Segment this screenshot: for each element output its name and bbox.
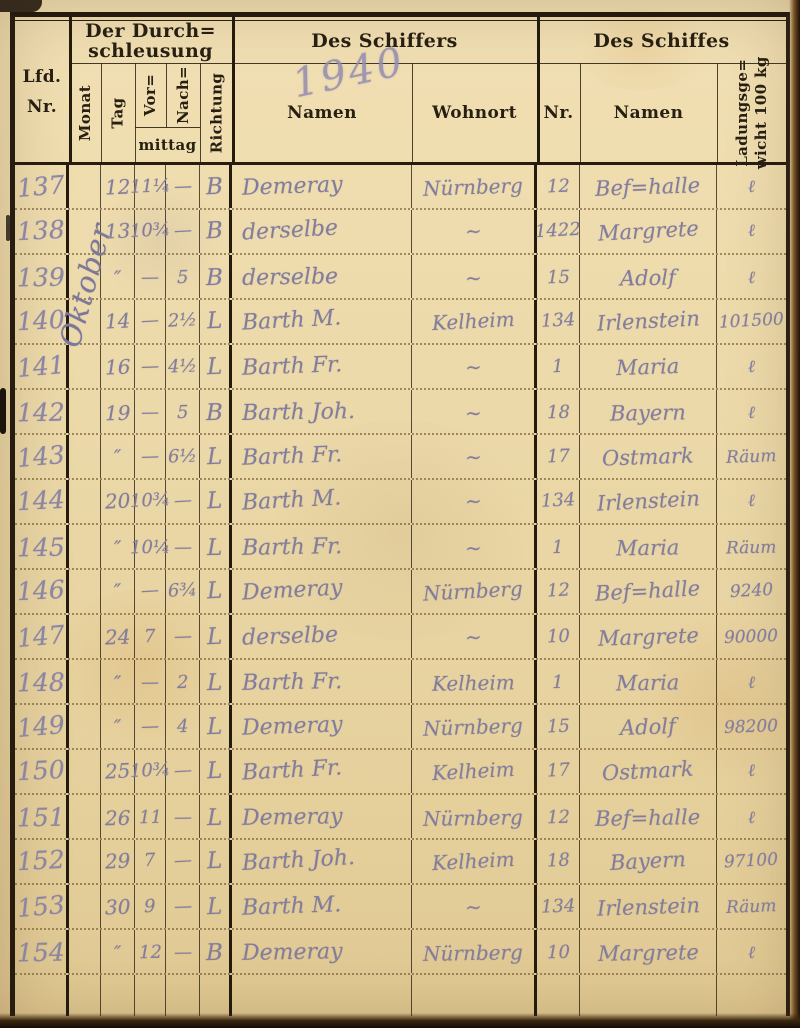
table-row: 151 26 11 — L Demeray Nürnberg 12 Bef=ha… bbox=[15, 795, 786, 840]
cell-schiff-nr: 15 bbox=[537, 255, 580, 298]
cell-vormittag: — bbox=[135, 390, 166, 433]
cell-ladung: ℓ bbox=[717, 255, 786, 298]
cell-ladung: ℓ bbox=[717, 210, 786, 253]
cell-ladung: ℓ bbox=[717, 795, 786, 838]
cell-nachmittag: — bbox=[166, 615, 200, 658]
cell-schiff-nr: 17 bbox=[537, 750, 580, 793]
page-edge-mark bbox=[0, 388, 6, 434]
table-row: 137 12 11¼ — B Demeray Nürnberg 12 Bef=h… bbox=[15, 165, 786, 210]
cell-schiff-name: Bef=halle bbox=[580, 165, 717, 208]
cell-ladung: ℓ bbox=[717, 480, 786, 523]
table-row: 150 25 10¾ — L Barth Fr. Kelheim 17 Ostm… bbox=[15, 750, 786, 795]
cell-tag: ″ bbox=[101, 570, 135, 613]
cell-schiffer-name: Barth Fr. bbox=[232, 660, 412, 703]
cell-wohnort: Kelheim bbox=[412, 840, 537, 883]
cell-richtung: B bbox=[200, 255, 232, 298]
cell-lfd-nr: 154 bbox=[15, 930, 69, 973]
cell-schiff-nr: 12 bbox=[537, 165, 580, 208]
group-header-schiffes: Des Schiffes bbox=[537, 25, 786, 57]
page-edge-bottom bbox=[0, 1013, 800, 1028]
cell-schiffer-name: Barth Joh. bbox=[232, 840, 412, 883]
cell-tag: ″ bbox=[101, 660, 135, 703]
cell-lfd-nr: 151 bbox=[15, 795, 69, 838]
cell-vormittag: 9 bbox=[135, 885, 166, 928]
cell-nachmittag: — bbox=[166, 750, 200, 793]
cell-schiff-nr: 134 bbox=[537, 300, 580, 343]
cell-ladung: Räum bbox=[717, 525, 786, 568]
cell-monat bbox=[69, 570, 101, 613]
table-row: 142 19 — 5 B Barth Joh. ~ 18 Bayern ℓ bbox=[15, 390, 786, 435]
cell-ladung: Räum bbox=[717, 885, 786, 928]
cell-nachmittag: — bbox=[166, 885, 200, 928]
cell-monat bbox=[69, 885, 101, 928]
cell-wohnort: Nürnberg bbox=[412, 570, 537, 613]
cell-schiff-nr: 134 bbox=[537, 885, 580, 928]
cell-schiff-name: Ostmark bbox=[580, 750, 717, 793]
column-header-ladungsgewicht: Ladungsge= wicht 100 kg bbox=[717, 63, 786, 162]
cell-ladung bbox=[717, 975, 786, 1016]
cell-tag bbox=[101, 975, 135, 1016]
cell-wohnort: Kelheim bbox=[412, 750, 537, 793]
cell-schiff-nr: 18 bbox=[537, 390, 580, 433]
cell-ladung: ℓ bbox=[717, 930, 786, 973]
cell-tag: 29 bbox=[101, 840, 135, 883]
column-header-mittag: mittag bbox=[135, 127, 200, 162]
cell-lfd-nr: 148 bbox=[15, 660, 69, 703]
cell-vormittag: 7 bbox=[135, 840, 166, 883]
table-row: 147 24 7 — L derselbe ~ 10 Margrete 9000… bbox=[15, 615, 786, 660]
cell-monat bbox=[69, 615, 101, 658]
cell-richtung: L bbox=[200, 750, 232, 793]
cell-monat bbox=[69, 795, 101, 838]
cell-schiff-nr: 1 bbox=[537, 345, 580, 388]
cell-tag: 30 bbox=[101, 885, 135, 928]
cell-richtung: L bbox=[200, 615, 232, 658]
cell-vormittag: 11 bbox=[135, 795, 166, 838]
cell-nachmittag: 2 bbox=[166, 660, 200, 703]
table-row: 139 ″ — 5 B derselbe ~ 15 Adolf ℓ bbox=[15, 255, 786, 300]
cell-schiff-nr: 12 bbox=[537, 795, 580, 838]
cell-lfd-nr: 146 bbox=[15, 570, 69, 613]
label-lfd: Lfd. bbox=[23, 67, 62, 87]
cell-vormittag: 7 bbox=[135, 615, 166, 658]
cell-nachmittag: — bbox=[166, 165, 200, 208]
cell-vormittag: — bbox=[135, 345, 166, 388]
cell-schiff-nr: 18 bbox=[537, 840, 580, 883]
cell-ladung: ℓ bbox=[717, 750, 786, 793]
cell-schiff-name: Irlenstein bbox=[580, 300, 717, 343]
cell-schiff-nr: 134 bbox=[537, 480, 580, 523]
cell-vormittag bbox=[135, 975, 166, 1016]
column-header-monat: Monat bbox=[69, 63, 101, 162]
cell-wohnort: ~ bbox=[412, 480, 537, 523]
cell-schiffer-name: Barth Fr. bbox=[232, 345, 412, 388]
cell-vormittag: — bbox=[135, 705, 166, 748]
cell-ladung: ℓ bbox=[717, 390, 786, 433]
cell-richtung: L bbox=[200, 660, 232, 703]
cell-richtung: L bbox=[200, 795, 232, 838]
column-header-schiff-namen: Namen bbox=[580, 63, 717, 162]
cell-richtung: B bbox=[200, 930, 232, 973]
cell-ladung: Räum bbox=[717, 435, 786, 478]
table-row: 140 14 — 2½ L Barth M. Kelheim 134 Irlen… bbox=[15, 300, 786, 345]
cell-richtung: L bbox=[200, 885, 232, 928]
page-edge-mark bbox=[6, 215, 10, 241]
cell-richtung: L bbox=[200, 570, 232, 613]
cell-vormittag: — bbox=[135, 435, 166, 478]
cell-schiff-name: Margrete bbox=[580, 210, 717, 253]
label-nr: Nr. bbox=[27, 97, 57, 117]
cell-richtung: L bbox=[200, 705, 232, 748]
table-row: 153 30 9 — L Barth M. ~ 134 Irlenstein R… bbox=[15, 885, 786, 930]
scanned-lock-register-page: Lfd. Nr. Der Durch= schleusung Monat Tag… bbox=[0, 0, 800, 1028]
table-row: 144 20 10¾ — L Barth M. ~ 134 Irlenstein… bbox=[15, 480, 786, 525]
cell-schiff-nr: 12 bbox=[537, 570, 580, 613]
table-row: 138 13 10¾ — B derselbe ~ 1422 Margrete … bbox=[15, 210, 786, 255]
cell-schiffer-name: Demeray bbox=[232, 705, 412, 748]
column-header-schiff-nr: Nr. bbox=[537, 63, 580, 162]
cell-schiff-name: Adolf bbox=[580, 705, 717, 748]
cell-richtung: L bbox=[200, 525, 232, 568]
cell-vormittag: 10¼ bbox=[135, 525, 166, 568]
cell-nachmittag: — bbox=[166, 795, 200, 838]
register-table: Lfd. Nr. Der Durch= schleusung Monat Tag… bbox=[10, 12, 790, 1016]
column-header-vormittag: Vor= bbox=[135, 63, 166, 127]
cell-nachmittag: 6½ bbox=[166, 435, 200, 478]
cell-schiff-name: Bayern bbox=[580, 390, 717, 433]
cell-ladung: 90000 bbox=[717, 615, 786, 658]
cell-vormittag: 10¾ bbox=[135, 210, 166, 253]
cell-schiffer-name: Demeray bbox=[232, 570, 412, 613]
cell-wohnort: ~ bbox=[412, 255, 537, 298]
cell-schiffer-name: Barth Joh. bbox=[232, 390, 412, 433]
cell-wohnort: Nürnberg bbox=[412, 930, 537, 973]
group-header-durchschleusung: Der Durch= schleusung bbox=[69, 19, 232, 63]
cell-vormittag: 10¾ bbox=[135, 750, 166, 793]
cell-wohnort: ~ bbox=[412, 390, 537, 433]
cell-schiffer-name: derselbe bbox=[232, 615, 412, 658]
cell-wohnort: Nürnberg bbox=[412, 795, 537, 838]
cell-schiff-nr: 15 bbox=[537, 705, 580, 748]
cell-richtung: L bbox=[200, 300, 232, 343]
cell-schiff-name: Bef=halle bbox=[580, 795, 717, 838]
table-row: 146 ″ — 6¾ L Demeray Nürnberg 12 Bef=hal… bbox=[15, 570, 786, 615]
cell-schiffer-name: Barth Fr. bbox=[232, 750, 412, 793]
cell-schiffer-name: Demeray bbox=[232, 795, 412, 838]
table-row: 154 ″ 12 — B Demeray Nürnberg 10 Margret… bbox=[15, 930, 786, 975]
cell-wohnort: ~ bbox=[412, 525, 537, 568]
cell-vormittag: 10¾ bbox=[135, 480, 166, 523]
cell-nachmittag: — bbox=[166, 840, 200, 883]
cell-monat bbox=[69, 930, 101, 973]
column-header-richtung: Richtung bbox=[200, 63, 232, 162]
cell-schiff-name: Ostmark bbox=[580, 435, 717, 478]
cell-schiff-nr: 10 bbox=[537, 930, 580, 973]
cell-vormittag: — bbox=[135, 660, 166, 703]
cell-schiff-name: Bef=halle bbox=[580, 570, 717, 613]
cell-schiff-name: Margrete bbox=[580, 930, 717, 973]
cell-schiffer-name: derselbe bbox=[232, 210, 412, 253]
cell-vormittag: 12 bbox=[135, 930, 166, 973]
cell-wohnort: ~ bbox=[412, 885, 537, 928]
table-row: 141 16 — 4½ L Barth Fr. ~ 1 Maria ℓ bbox=[15, 345, 786, 390]
cell-schiff-name: Margrete bbox=[580, 615, 717, 658]
cell-lfd-nr: 149 bbox=[15, 705, 69, 748]
cell-schiff-name: Bayern bbox=[580, 840, 717, 883]
column-header-nachmittag: Nach= bbox=[166, 63, 200, 127]
cell-lfd-nr: 147 bbox=[15, 615, 69, 658]
cell-monat bbox=[69, 975, 101, 1016]
cell-richtung: L bbox=[200, 840, 232, 883]
cell-nachmittag: — bbox=[166, 210, 200, 253]
cell-lfd-nr: 143 bbox=[15, 435, 69, 478]
table-body: 137 12 11¼ — B Demeray Nürnberg 12 Bef=h… bbox=[15, 165, 786, 1016]
cell-schiffer-name: Demeray bbox=[232, 165, 412, 208]
cell-nachmittag: — bbox=[166, 525, 200, 568]
cell-wohnort: ~ bbox=[412, 345, 537, 388]
cell-lfd-nr: 150 bbox=[15, 750, 69, 793]
table-row: 143 ″ — 6½ L Barth Fr. ~ 17 Ostmark Räum bbox=[15, 435, 786, 480]
cell-schiff-nr: 17 bbox=[537, 435, 580, 478]
handwritten-month: Oktober bbox=[48, 172, 124, 398]
cell-ladung: ℓ bbox=[717, 345, 786, 388]
cell-ladung: ℓ bbox=[717, 660, 786, 703]
cell-tag: ″ bbox=[101, 930, 135, 973]
cell-richtung: L bbox=[200, 345, 232, 388]
cell-monat bbox=[69, 705, 101, 748]
cell-ladung: 98200 bbox=[717, 705, 786, 748]
cell-vormittag: — bbox=[135, 570, 166, 613]
cell-schiffer-name: Barth M. bbox=[232, 300, 412, 343]
cell-ladung: ℓ bbox=[717, 165, 786, 208]
cell-tag: ″ bbox=[101, 705, 135, 748]
cell-schiffer-name bbox=[232, 975, 412, 1016]
cell-vormittag: — bbox=[135, 300, 166, 343]
cell-nachmittag: 4 bbox=[166, 705, 200, 748]
group-title-line2: schleusung bbox=[88, 40, 213, 62]
cell-wohnort: ~ bbox=[412, 435, 537, 478]
cell-wohnort: ~ bbox=[412, 210, 537, 253]
cell-tag: 24 bbox=[101, 615, 135, 658]
cell-nachmittag: — bbox=[166, 480, 200, 523]
page-edge-right bbox=[789, 0, 800, 1028]
table-row: 148 ″ — 2 L Barth Fr. Kelheim 1 Maria ℓ bbox=[15, 660, 786, 705]
cell-schiff-name: Maria bbox=[580, 660, 717, 703]
cell-schiff-nr bbox=[537, 975, 580, 1016]
cell-monat bbox=[69, 435, 101, 478]
cell-nachmittag: 6¾ bbox=[166, 570, 200, 613]
cell-lfd-nr: 144 bbox=[15, 480, 69, 523]
cell-tag: ″ bbox=[101, 435, 135, 478]
cell-richtung: B bbox=[200, 210, 232, 253]
cell-schiff-nr: 10 bbox=[537, 615, 580, 658]
cell-richtung: L bbox=[200, 480, 232, 523]
table-row: 145 ″ 10¼ — L Barth Fr. ~ 1 Maria Räum bbox=[15, 525, 786, 570]
table-header: Lfd. Nr. Der Durch= schleusung Monat Tag… bbox=[15, 17, 786, 165]
table-row bbox=[15, 975, 786, 1016]
cell-monat bbox=[69, 840, 101, 883]
cell-wohnort: Nürnberg bbox=[412, 705, 537, 748]
cell-schiffer-name: Barth Fr. bbox=[232, 525, 412, 568]
cell-wohnort: Kelheim bbox=[412, 300, 537, 343]
cell-wohnort bbox=[412, 975, 537, 1016]
page-edge-corner bbox=[0, 0, 42, 12]
cell-monat bbox=[69, 750, 101, 793]
cell-schiff-name: Irlenstein bbox=[580, 480, 717, 523]
table-row: 152 29 7 — L Barth Joh. Kelheim 18 Bayer… bbox=[15, 840, 786, 885]
cell-vormittag: — bbox=[135, 255, 166, 298]
cell-nachmittag bbox=[166, 975, 200, 1016]
cell-wohnort: ~ bbox=[412, 615, 537, 658]
cell-wohnort: Nürnberg bbox=[412, 165, 537, 208]
cell-nachmittag: — bbox=[166, 930, 200, 973]
cell-schiff-nr: 1 bbox=[537, 660, 580, 703]
cell-richtung: B bbox=[200, 390, 232, 433]
column-header-tag: Tag bbox=[101, 63, 135, 162]
table-row: 149 ″ — 4 L Demeray Nürnberg 15 Adolf 98… bbox=[15, 705, 786, 750]
group-title-line1: Der Durch= bbox=[85, 20, 216, 42]
cell-nachmittag: 5 bbox=[166, 390, 200, 433]
cell-schiffer-name: Demeray bbox=[232, 930, 412, 973]
cell-lfd-nr: 145 bbox=[15, 525, 69, 568]
cell-lfd-nr: 153 bbox=[15, 885, 69, 928]
cell-nachmittag: 2½ bbox=[166, 300, 200, 343]
cell-vormittag: 11¼ bbox=[135, 165, 166, 208]
cell-ladung: 9240 bbox=[717, 570, 786, 613]
cell-schiff-name: Irlenstein bbox=[580, 885, 717, 928]
cell-ladung: 97100 bbox=[717, 840, 786, 883]
cell-nachmittag: 5 bbox=[166, 255, 200, 298]
cell-schiff-nr: 1422 bbox=[537, 210, 580, 253]
cell-schiffer-name: Barth M. bbox=[232, 885, 412, 928]
cell-schiffer-name: Barth M. bbox=[232, 480, 412, 523]
cell-monat bbox=[69, 480, 101, 523]
cell-schiff-name: Maria bbox=[580, 345, 717, 388]
cell-schiff-name bbox=[580, 975, 717, 1016]
cell-lfd-nr: 152 bbox=[15, 840, 69, 883]
cell-nachmittag: 4½ bbox=[166, 345, 200, 388]
cell-schiffer-name: derselbe bbox=[232, 255, 412, 298]
cell-monat bbox=[69, 525, 101, 568]
cell-richtung bbox=[200, 975, 232, 1016]
cell-schiff-nr: 1 bbox=[537, 525, 580, 568]
cell-schiffer-name: Barth Fr. bbox=[232, 435, 412, 478]
cell-monat bbox=[69, 660, 101, 703]
cell-lfd-nr bbox=[15, 975, 69, 1016]
cell-ladung: 101500 bbox=[717, 300, 786, 343]
cell-tag: 26 bbox=[101, 795, 135, 838]
cell-wohnort: Kelheim bbox=[412, 660, 537, 703]
cell-richtung: B bbox=[200, 165, 232, 208]
cell-richtung: L bbox=[200, 435, 232, 478]
cell-schiff-name: Maria bbox=[580, 525, 717, 568]
cell-schiff-name: Adolf bbox=[580, 255, 717, 298]
column-header-wohnort: Wohnort bbox=[412, 63, 537, 162]
column-header-lfd-nr: Lfd. Nr. bbox=[15, 47, 69, 137]
